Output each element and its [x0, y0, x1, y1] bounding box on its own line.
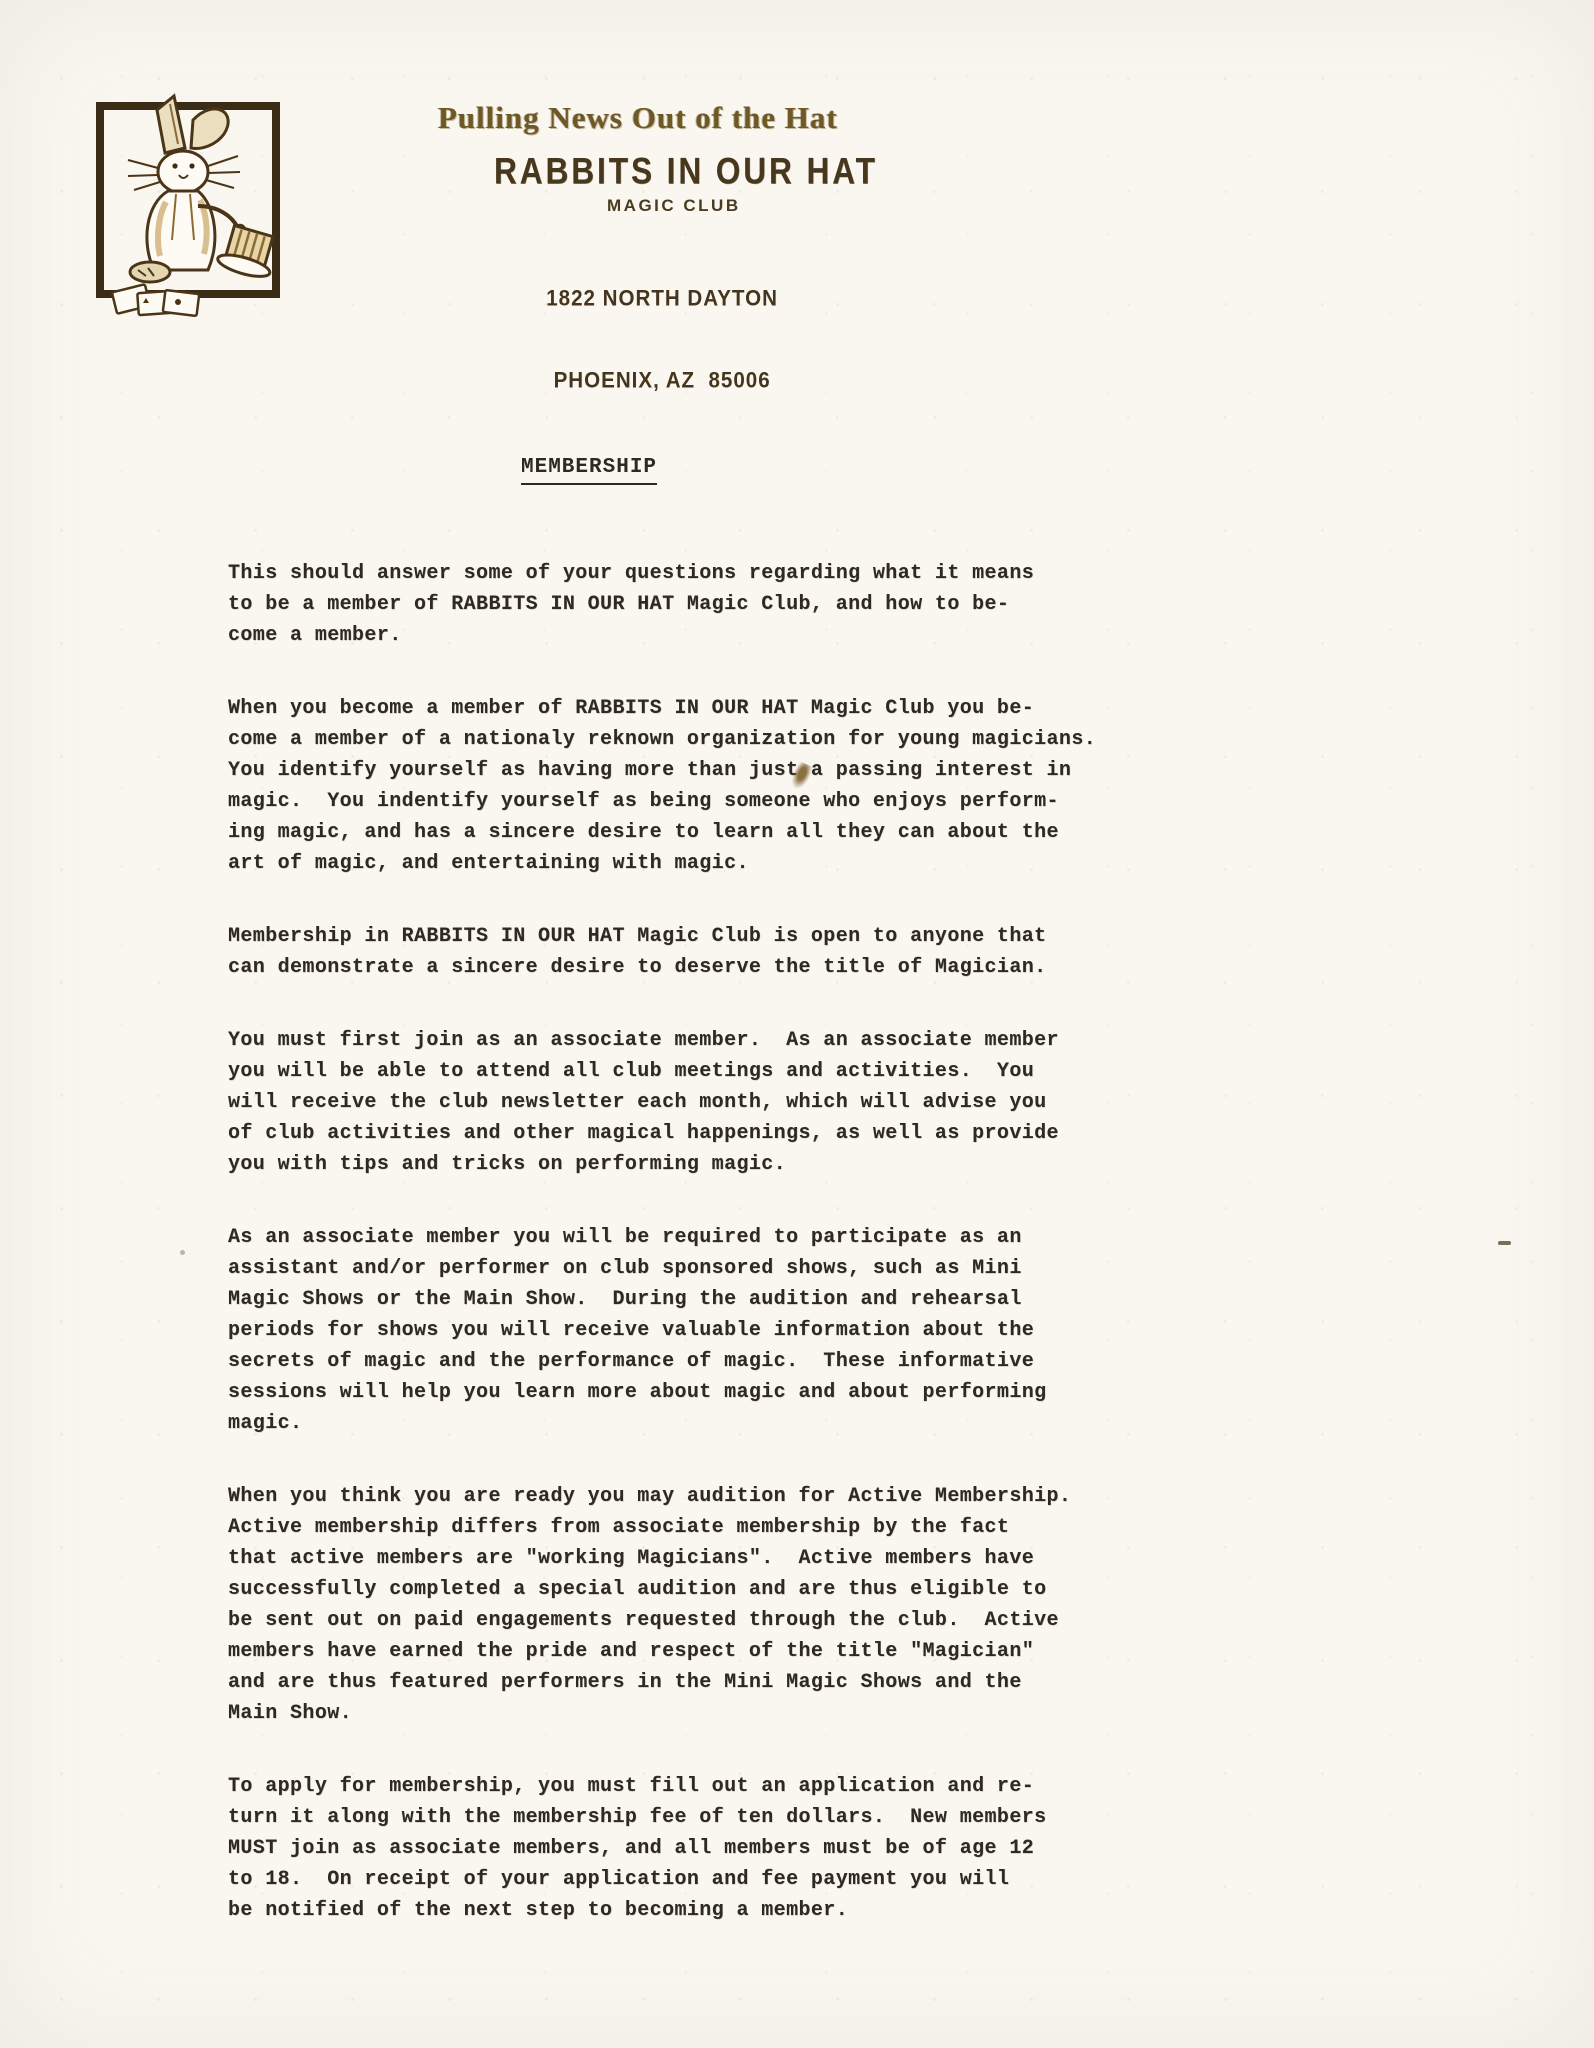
club-name: RABBITS IN OUR HAT — [494, 150, 878, 193]
letter-body: This should answer some of your question… — [228, 558, 1128, 1968]
club-address: 1822 NORTH DAYTON PHOENIX, AZ 85006 — [520, 231, 804, 449]
membership-heading: MEMBERSHIP — [521, 456, 657, 485]
club-logo — [86, 90, 296, 320]
body-paragraph: Membership in RABBITS IN OUR HAT Magic C… — [228, 921, 1128, 983]
body-paragraph: You must first join as an associate memb… — [228, 1025, 1128, 1180]
playing-cards-icon — [112, 284, 199, 316]
scan-artifact-dash — [1498, 1241, 1511, 1245]
body-paragraph: As an associate member you will be requi… — [228, 1222, 1128, 1439]
body-paragraph: This should answer some of your question… — [228, 558, 1128, 651]
body-paragraph: When you think you are ready you may aud… — [228, 1481, 1128, 1729]
address-line-1: 1822 NORTH DAYTON — [520, 286, 804, 313]
address-line-2: PHOENIX, AZ 85006 — [520, 368, 804, 395]
body-paragraph: To apply for membership, you must fill o… — [228, 1771, 1128, 1926]
scan-artifact-speck — [180, 1250, 185, 1255]
newsletter-tagline: Pulling News Out of the Hat — [438, 100, 838, 136]
club-type: MAGIC CLUB — [607, 196, 741, 216]
body-paragraph: When you become a member of RABBITS IN O… — [228, 693, 1128, 879]
scanned-letter-page: Pulling News Out of the Hat RABBITS IN O… — [0, 0, 1594, 2048]
rabbit-magician-icon — [86, 90, 296, 320]
